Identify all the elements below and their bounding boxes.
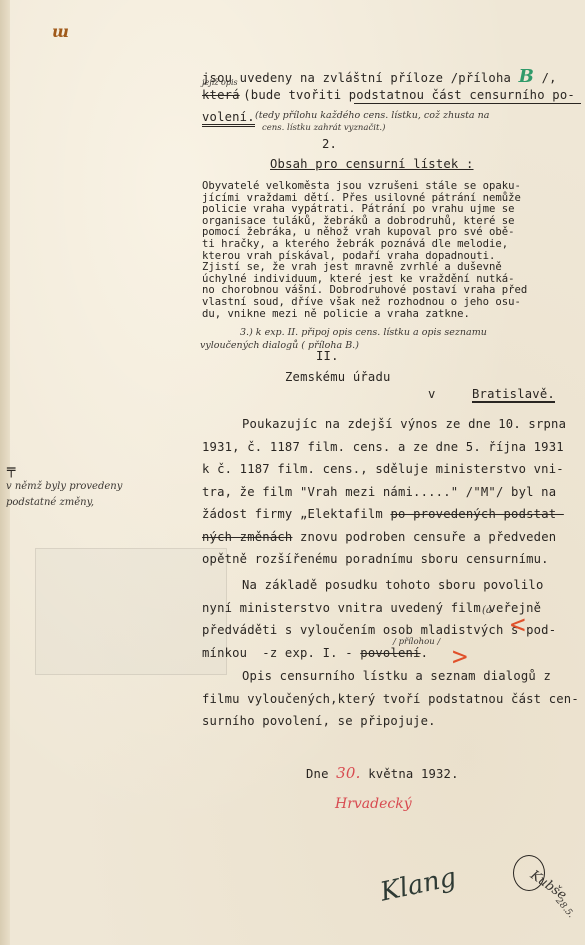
intro-line-2-text: bude tvořiti podstatnou část censurního … [251, 88, 575, 102]
intro-line-1: jsou uvedeny na zvláštní příloze /příloh… [202, 66, 557, 87]
roman-section: II. [316, 349, 339, 363]
body-paragraph-1: Poukazujíc na zdejší výnos ze dne 10. sr… [202, 413, 566, 571]
hand-item-3-line-1: 3.) k exp. II. připoj opis cens. lístku … [240, 327, 487, 338]
censor-line: Zjistí se, že vrah jest mravně zvrhlé a … [202, 262, 527, 274]
body-line: k č. 1187 film. cens., sděluje ministers… [202, 458, 566, 481]
margin-insert-mark: ╤ [7, 462, 15, 478]
date-rest: května 1932. [368, 767, 458, 781]
hand-insert-a: (a [482, 605, 492, 616]
body-paragraph-3: Opis censurního lístku a seznam dialogů … [202, 665, 579, 733]
hand-insert-priloha: / přílohou / [393, 637, 440, 647]
body-text: mínkou -z exp. I. - [202, 646, 353, 660]
faded-stamp-imprint [35, 548, 227, 675]
struck-phrase: po provedených podstat- [390, 507, 563, 521]
censor-line: ti hračky, a kterého žebrák poznává dle … [202, 239, 527, 251]
intro-line-3: volení. [202, 110, 255, 124]
body-text: znovu podroben censuře a předveden [300, 530, 556, 544]
body-line: mínkou -z exp. I. - povolení. [202, 642, 556, 665]
body-line: Poukazujíc na zdejší výnos ze dne 10. sr… [202, 413, 566, 436]
body-line: surního povolení, se připojuje. [202, 710, 579, 733]
censor-paragraph: Obyvatelé velkoměsta jsou vzrušeni stále… [202, 181, 527, 320]
signature-2-date: 28.5. [553, 896, 575, 920]
signature-1: Klang [378, 862, 459, 907]
body-paragraph-2: Na základě posudku tohoto sboru povolilo… [202, 574, 556, 664]
body-line: tra, že film "Vrah mezi námi....." /"M"/… [202, 481, 566, 504]
censor-line: Obyvatelé velkoměsta jsou vzrušeni stále… [202, 181, 527, 193]
annex-mark-b: B [519, 66, 534, 87]
margin-note-line-1: v němž byly provedeny [6, 481, 122, 492]
intro-line-3-text: volení. [202, 110, 255, 127]
body-line: opětně rozšířenému poradnímu sboru censu… [202, 548, 566, 571]
hand-note-2: cens. lístku zahrát vyznačit.) [262, 123, 385, 133]
body-line: Na základě posudku tohoto sboru povolilo [202, 574, 556, 597]
red-signature: Hrvadecký [335, 796, 412, 812]
body-line: předváděti s vyloučením osob mladistvých… [202, 619, 556, 642]
hand-note-1: (tedy přílohu každého cens. lístku, což … [255, 110, 489, 121]
struck-word: povolení [360, 646, 420, 660]
underline [354, 103, 581, 104]
date-line: Dne 30. května 1932. [306, 764, 459, 782]
censor-heading: Obsah pro censurní lístek : [270, 157, 474, 171]
censor-line: vlastní soud, dříve však než rozhodnou o… [202, 297, 527, 309]
body-line: Opis censurního lístku a seznam dialogů … [202, 665, 579, 688]
addressee-place: Bratislavě. [472, 387, 555, 403]
body-line: 1931, č. 1187 film. cens. a ze dne 5. ří… [202, 436, 566, 459]
correction-mark-left: < [510, 610, 526, 640]
date-prefix: Dne [306, 767, 329, 781]
addressee: Zemskému úřadu [285, 370, 391, 384]
addressee-prefix: v [428, 387, 436, 401]
body-text: žádost firmy „Elektafilm [202, 507, 383, 521]
body-line: filmu vyloučených,který tvoří podstatnou… [202, 688, 579, 711]
date-day: 30. [336, 764, 360, 782]
body-line: ných změnách znovu podroben censuře a př… [202, 526, 566, 549]
intro-line-2: která (bude tvořiti podstatnou část cens… [202, 88, 575, 102]
struck-word: která [202, 88, 240, 102]
intro-text: jsou uvedeny na zvláštní příloze /příloh… [202, 71, 511, 85]
margin-mark: ɯ [52, 22, 69, 41]
intro-text-end: /, [542, 71, 557, 85]
body-line: nyní ministerstvo vnitra uvedený film ve… [202, 597, 556, 620]
body-line: žádost firmy „Elektafilm po provedených … [202, 503, 566, 526]
censor-line: du, vnikne mezi ně policie a vraha zatkn… [202, 309, 527, 321]
insert-above: jejíž opis [202, 78, 238, 87]
section-number: 2. [322, 137, 337, 151]
struck-phrase: ných změnách [202, 530, 292, 544]
margin-note-line-2: podstatné změny, [6, 497, 94, 508]
